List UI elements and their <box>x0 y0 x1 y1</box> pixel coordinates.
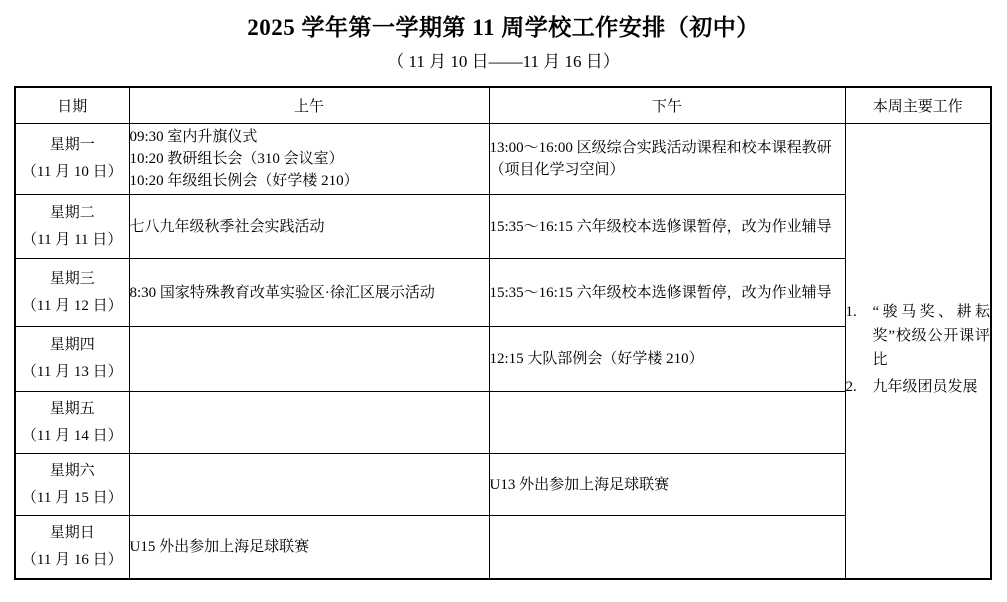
morning-cell-wednesday: 8:30 国家特殊教育改革实验区·徐汇区展示活动 <box>129 259 489 327</box>
weekly-task-2: 2. 九年级团员发展 <box>846 375 991 399</box>
morning-cell-monday: 09:30 室内升旗仪式 10:20 教研组长会（310 会议室） 10:20 … <box>129 124 489 195</box>
day-label: 星期三 <box>50 271 95 287</box>
schedule-document: 2025 学年第一学期第 11 周学校工作安排（初中） （ 11 月 10 日—… <box>0 0 1007 602</box>
morning-cell-sunday: U15 外出参加上海足球联赛 <box>129 516 489 579</box>
date-label: （11 月 11 日） <box>22 232 122 248</box>
date-cell-wednesday: 星期三（11 月 12 日） <box>15 259 129 327</box>
task-text: “骏马奖、耕耘奖”校级公开课评比 <box>873 300 991 372</box>
date-label: （11 月 16 日） <box>22 552 123 568</box>
afternoon-cell-tuesday: 15:35～16:15 六年级校本选修课暂停，改为作业辅导 <box>489 195 845 259</box>
day-label: 星期六 <box>50 463 95 479</box>
table-row-sunday: 星期日（11 月 16 日） U15 外出参加上海足球联赛 <box>15 516 991 579</box>
afternoon-cell-thursday: 12:15 大队部例会（好学楼 210） <box>489 327 845 392</box>
day-label: 星期五 <box>50 401 95 417</box>
date-label: （11 月 10 日） <box>22 164 123 180</box>
date-label: （11 月 13 日） <box>22 364 123 380</box>
morning-cell-tuesday: 七八九年级秋季社会实践活动 <box>129 195 489 259</box>
header-morning: 上午 <box>129 87 489 124</box>
table-row-tuesday: 星期二（11 月 11 日） 七八九年级秋季社会实践活动 15:35～16:15… <box>15 195 991 259</box>
morning-cell-saturday <box>129 454 489 516</box>
date-cell-friday: 星期五（11 月 14 日） <box>15 392 129 454</box>
date-cell-saturday: 星期六（11 月 15 日） <box>15 454 129 516</box>
date-cell-thursday: 星期四（11 月 13 日） <box>15 327 129 392</box>
task-number: 2. <box>846 375 873 399</box>
page-subtitle: （ 11 月 10 日——11 月 16 日） <box>0 51 1007 73</box>
date-cell-tuesday: 星期二（11 月 11 日） <box>15 195 129 259</box>
weekly-task-1: 1. “骏马奖、耕耘奖”校级公开课评比 <box>846 300 991 372</box>
afternoon-cell-wednesday: 15:35～16:15 六年级校本选修课暂停，改为作业辅导 <box>489 259 845 327</box>
weekly-schedule-table: 日期 上午 下午 本周主要工作 星期一（11 月 10 日） 09:30 室内升… <box>14 86 992 580</box>
table-row-saturday: 星期六（11 月 15 日） U13 外出参加上海足球联赛 <box>15 454 991 516</box>
afternoon-cell-monday: 13:00～16:00 区级综合实践活动课程和校本课程教研（项目化学习空间） <box>489 124 845 195</box>
table-row-friday: 星期五（11 月 14 日） <box>15 392 991 454</box>
table-header-row: 日期 上午 下午 本周主要工作 <box>15 87 991 124</box>
morning-cell-friday <box>129 392 489 454</box>
task-text: 九年级团员发展 <box>873 375 991 399</box>
date-label: （11 月 12 日） <box>22 298 123 314</box>
date-label: （11 月 14 日） <box>22 428 123 444</box>
date-label: （11 月 15 日） <box>22 490 123 506</box>
afternoon-cell-friday <box>489 392 845 454</box>
task-number: 1. <box>846 300 873 372</box>
header-date: 日期 <box>15 87 129 124</box>
page-title: 2025 学年第一学期第 11 周学校工作安排（初中） <box>0 0 1007 43</box>
date-cell-sunday: 星期日（11 月 16 日） <box>15 516 129 579</box>
afternoon-cell-saturday: U13 外出参加上海足球联赛 <box>489 454 845 516</box>
morning-cell-thursday <box>129 327 489 392</box>
date-cell-monday: 星期一（11 月 10 日） <box>15 124 129 195</box>
table-row-monday: 星期一（11 月 10 日） 09:30 室内升旗仪式 10:20 教研组长会（… <box>15 124 991 195</box>
day-label: 星期二 <box>50 205 95 221</box>
weekly-tasks-cell: 1. “骏马奖、耕耘奖”校级公开课评比 2. 九年级团员发展 <box>845 124 991 579</box>
day-label: 星期一 <box>50 137 95 153</box>
day-label: 星期四 <box>50 337 95 353</box>
header-weekly-tasks: 本周主要工作 <box>845 87 991 124</box>
afternoon-cell-sunday <box>489 516 845 579</box>
day-label: 星期日 <box>50 525 95 541</box>
header-afternoon: 下午 <box>489 87 845 124</box>
